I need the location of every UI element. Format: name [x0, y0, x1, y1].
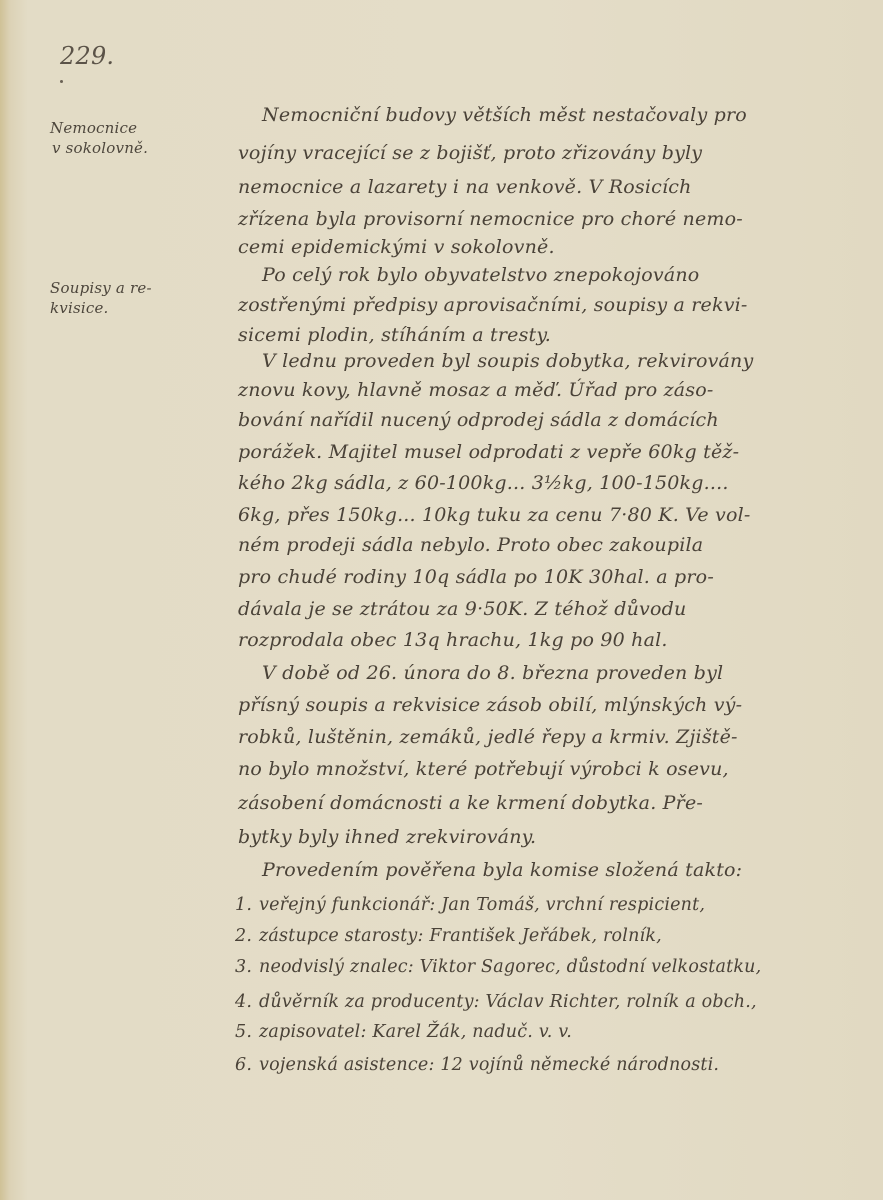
body-line: ném prodeji sádla nebylo. Proto obec zak… — [238, 530, 703, 560]
list-number: 2. — [235, 926, 259, 946]
commission-member: 2.zástupce starosty: František Jeřábek, … — [235, 926, 662, 946]
margin-note-line: Soupisy a re- — [50, 278, 152, 298]
body-line: V lednu proveden byl soupis dobytka, rek… — [262, 346, 753, 376]
commission-member: 3.neodvislý znalec: Viktor Sagorec, důst… — [235, 957, 761, 977]
body-line: porážek. Majitel musel odprodati z vepře… — [238, 437, 739, 467]
body-line: kého 2kg sádla, z 60-100kg... 3½kg, 100-… — [238, 468, 729, 498]
body-line: pro chudé rodiny 10q sádla po 10K 30hal.… — [238, 562, 714, 592]
body-line: robků, luštěnin, zemáků, jedlé řepy a kr… — [238, 722, 738, 752]
margin-note-line: v sokolovně. — [50, 138, 148, 158]
page-number: 229. — [60, 42, 114, 70]
margin-note-hospital: Nemocnice v sokolovně. — [50, 118, 148, 158]
list-number: 1. — [235, 895, 259, 915]
body-line: nemocnice a lazarety i na venkově. V Ros… — [238, 172, 692, 202]
body-line: V době od 26. února do 8. března provede… — [262, 658, 723, 688]
body-line: vojíny vracející se z bojišť, proto zřiz… — [238, 138, 702, 168]
ink-dot — [60, 80, 63, 83]
body-line: dávala je se ztrátou za 9·50K. Z téhož d… — [238, 594, 686, 624]
body-line: bování nařídil nucený odprodej sádla z d… — [238, 405, 719, 435]
margin-note-inventories: Soupisy a re- kvisice. — [50, 278, 152, 318]
list-text: zapisovatel: Karel Žák, naduč. v. v. — [259, 1022, 572, 1042]
body-line: Nemocniční budovy větších měst nestačova… — [262, 100, 747, 130]
commission-member: 4.důvěrník za producenty: Václav Richter… — [235, 992, 757, 1012]
body-line: rozprodala obec 13q hrachu, 1kg po 90 ha… — [238, 625, 668, 655]
manuscript-page: 229. Nemocnice v sokolovně. Soupisy a re… — [0, 0, 883, 1200]
list-text: zástupce starosty: František Jeřábek, ro… — [259, 926, 662, 946]
list-text: důvěrník za producenty: Václav Richter, … — [259, 992, 757, 1012]
commission-member: 5.zapisovatel: Karel Žák, naduč. v. v. — [235, 1022, 572, 1042]
list-number: 5. — [235, 1022, 259, 1042]
body-line: cemi epidemickými v sokolovně. — [238, 232, 555, 262]
commission-member: 1.veřejný funkcionář: Jan Tomáš, vrchní … — [235, 895, 705, 915]
body-line: 6kg, přes 150kg... 10kg tuku za cenu 7·8… — [238, 500, 751, 530]
body-line: zásobení domácnosti a ke krmení dobytka.… — [238, 788, 703, 818]
list-text: vojenská asistence: 12 vojínů německé ná… — [259, 1055, 719, 1075]
body-line: bytky byly ihned zrekvirovány. — [238, 822, 536, 852]
commission-member: 6.vojenská asistence: 12 vojínů německé … — [235, 1055, 719, 1075]
body-line: Po celý rok bylo obyvatelstvo znepokojov… — [262, 260, 699, 290]
list-text: neodvislý znalec: Viktor Sagorec, důstod… — [259, 957, 761, 977]
body-line: zřízena byla provisorní nemocnice pro ch… — [238, 204, 743, 234]
list-text: veřejný funkcionář: Jan Tomáš, vrchní re… — [259, 895, 705, 915]
body-line: no bylo množství, které potřebují výrobc… — [238, 754, 729, 784]
margin-note-line: kvisice. — [50, 298, 152, 318]
list-number: 6. — [235, 1055, 259, 1075]
body-line: Provedením pověřena byla komise složená … — [262, 855, 742, 885]
body-line: znovu kovy, hlavně mosaz a měď. Úřad pro… — [238, 375, 714, 405]
body-line: zostřenými předpisy aprovisačními, soupi… — [238, 290, 748, 320]
list-number: 3. — [235, 957, 259, 977]
margin-note-line: Nemocnice — [50, 118, 148, 138]
list-number: 4. — [235, 992, 259, 1012]
body-line: přísný soupis a rekvisice zásob obilí, m… — [238, 690, 742, 720]
